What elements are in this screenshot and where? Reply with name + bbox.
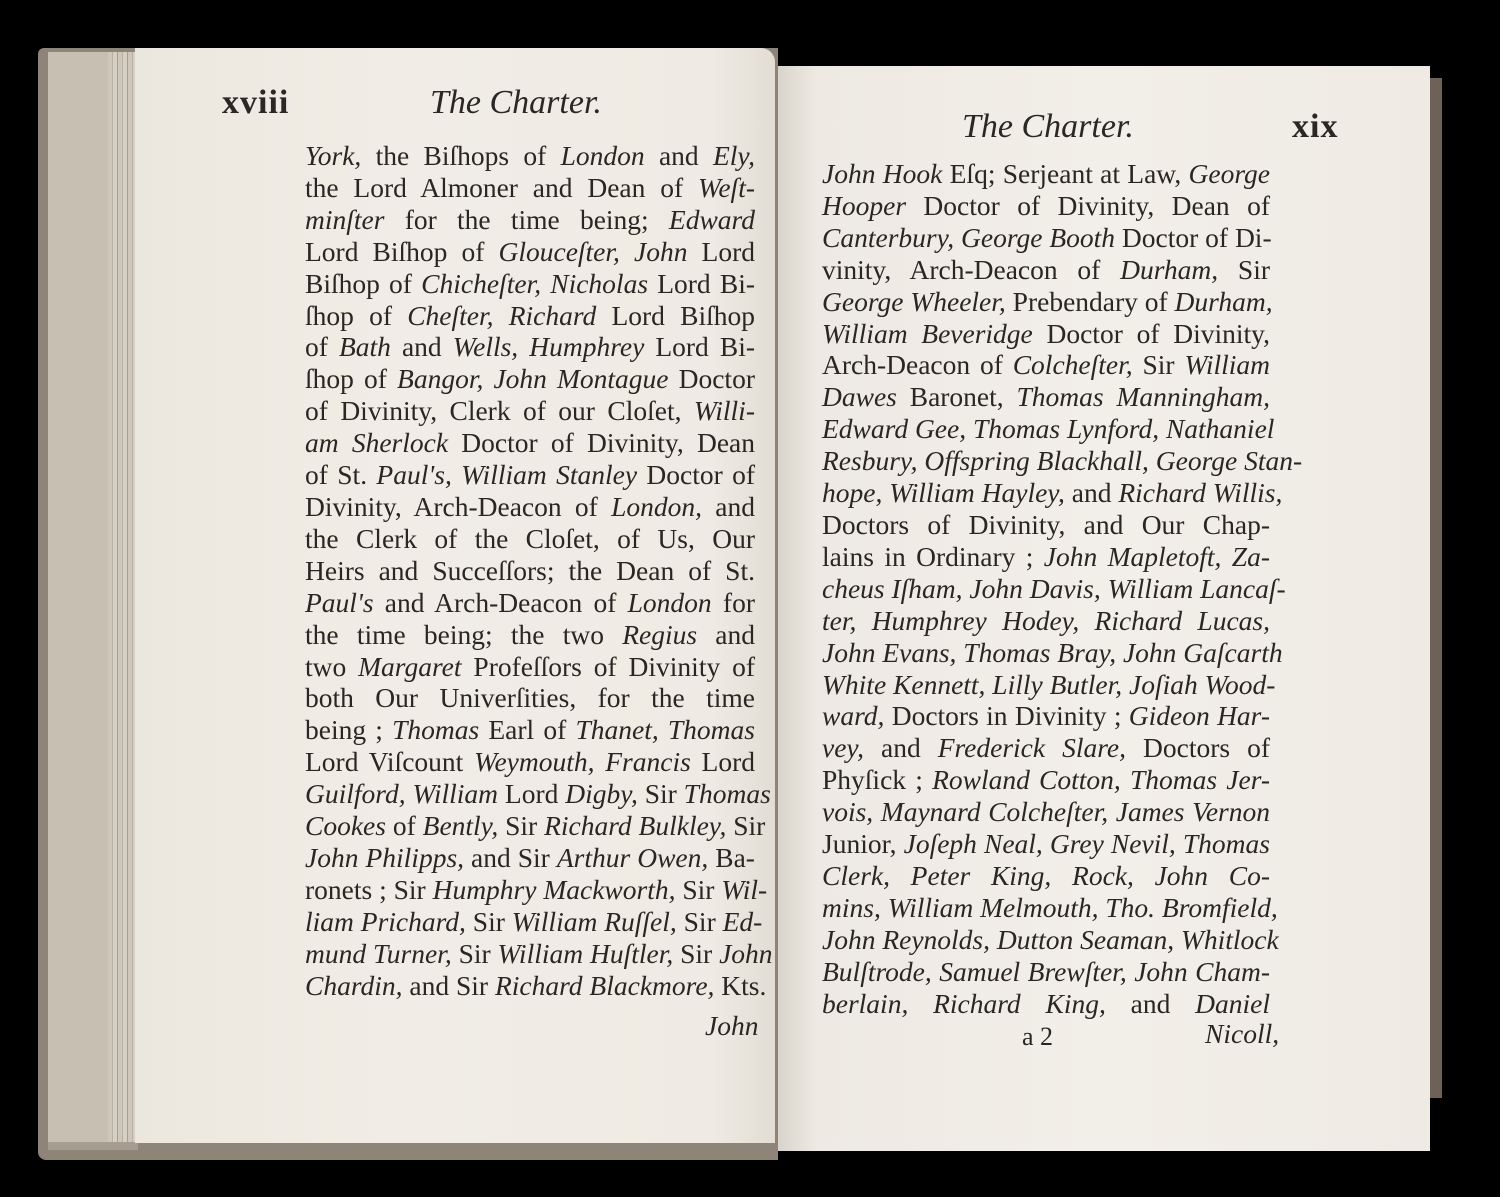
text-line: William Beveridge Doctor of Divinity, [822, 318, 1270, 350]
text-line: Phyſick ; Rowland Cotton, Thomas Jer- [822, 764, 1270, 796]
text-line: the time being; the two Regius and [305, 619, 755, 651]
text-line: John Reynolds, Dutton Seaman, Whitlock [822, 924, 1270, 956]
text-line: Edward Gee, Thomas Lynford, Nathaniel [822, 413, 1270, 445]
text-line: Arch-Deacon of Colcheſter, Sir William [822, 349, 1270, 381]
text-line: am Sherlock Doctor of Divinity, Dean [305, 427, 755, 459]
text-line: ronets ; Sir Humphry Mackworth, Sir Wil- [305, 874, 755, 906]
left-page-number: xviii [222, 84, 289, 122]
text-line: Paul's and Arch-Deacon of London for [305, 587, 755, 619]
text-line: Junior, Joſeph Neal, Grey Nevil, Thomas [822, 828, 1270, 860]
text-line: cheus Iſham, John Davis, William Lancaſ- [822, 573, 1270, 605]
text-line: White Kennett, Lilly Butler, Joſiah Wood… [822, 669, 1270, 701]
text-line: of Divinity, Clerk of our Cloſet, Willi- [305, 395, 755, 427]
text-line: the Lord Almoner and Dean of Weſt- [305, 172, 755, 204]
text-line: Divinity, Arch-Deacon of London, and [305, 491, 755, 523]
right-catchword: Nicoll, [1205, 1018, 1279, 1050]
text-line: ward, Doctors in Divinity ; Gideon Har- [822, 700, 1270, 732]
text-line: John Philipps, and Sir Arthur Owen, Ba- [305, 842, 755, 874]
text-line: minſter for the time being; Edward [305, 204, 755, 236]
right-running-head: The Charter. [962, 108, 1134, 146]
endpaper [48, 52, 108, 1142]
text-line: Lord Biſhop of Glouceſter, John Lord [305, 236, 755, 268]
text-line: George Wheeler, Prebendary of Durham, [822, 286, 1270, 318]
text-line: the Clerk of the Cloſet, of Us, Our [305, 523, 755, 555]
text-line: Doctors of Divinity, and Our Chap- [822, 509, 1270, 541]
text-line: vey, and Frederick Slare, Doctors of [822, 732, 1270, 764]
text-line: Biſhop of Chicheſter, Nicholas Lord Bi- [305, 268, 755, 300]
text-line: Hooper Doctor of Divinity, Dean of [822, 190, 1270, 222]
signature-mark: a 2 [1022, 1022, 1053, 1052]
text-line: John Evans, Thomas Bray, John Gaſcarth [822, 637, 1270, 669]
text-line: ter, Humphrey Hodey, Richard Lucas, [822, 605, 1270, 637]
text-line: mins, William Melmouth, Tho. Bromfield, [822, 892, 1270, 924]
text-line: Clerk, Peter King, Rock, John Co- [822, 860, 1270, 892]
text-line: Lord Viſcount Weymouth, Francis Lord [305, 746, 755, 778]
text-line: liam Prichard, Sir William Ruſſel, Sir E… [305, 906, 755, 938]
text-line: of St. Paul's, William Stanley Doctor of [305, 459, 755, 491]
text-line: Guilford, William Lord Digby, Sir Thomas [305, 778, 755, 810]
text-line: vois, Maynard Colcheſter, James Vernon [822, 796, 1270, 828]
text-line: Cookes of Bently, Sir Richard Bulkley, S… [305, 810, 755, 842]
text-line: Bulſtrode, Samuel Brewſter, John Cham- [822, 956, 1270, 988]
text-line: Canterbury, George Booth Doctor of Di- [822, 222, 1270, 254]
text-line: hope, William Hayley, and Richard Willis… [822, 477, 1270, 509]
text-line: Heirs and Succeſſors; the Dean of St. [305, 555, 755, 587]
page-edges-stack [48, 52, 138, 1150]
text-line: vinity, Arch-Deacon of Durham, Sir [822, 254, 1270, 286]
text-line: mund Turner, Sir William Huſtler, Sir Jo… [305, 938, 755, 970]
text-line: of Bath and Wells, Humphrey Lord Bi- [305, 331, 755, 363]
text-line: berlain, Richard King, and Daniel [822, 988, 1270, 1020]
text-line: Chardin, and Sir Richard Blackmore, Kts. [305, 970, 755, 1002]
text-line: both Our Univerſities, for the time [305, 682, 755, 714]
text-line: York, the Biſhops of London and Ely, [305, 140, 755, 172]
text-line: John Hook Eſq; Serjeant at Law, George [822, 158, 1270, 190]
left-catchword: John [705, 1010, 758, 1042]
text-line: Resbury, Offspring Blackhall, George Sta… [822, 445, 1270, 477]
text-line: lains in Ordinary ; John Mapletoft, Za- [822, 541, 1270, 573]
text-line: ſhop of Bangor, John Montague Doctor [305, 363, 755, 395]
text-line: ſhop of Cheſter, Richard Lord Biſhop [305, 300, 755, 332]
text-line: two Margaret Profeſſors of Divinity of [305, 651, 755, 683]
book-cover-right [1428, 78, 1442, 1098]
right-page-number: xix [1292, 108, 1338, 146]
left-running-head: The Charter. [430, 84, 602, 122]
right-body-text: John Hook Eſq; Serjeant at Law, GeorgeHo… [822, 158, 1270, 1019]
text-line: being ; Thomas Earl of Thanet, Thomas [305, 714, 755, 746]
text-line: Dawes Baronet, Thomas Manningham, [822, 381, 1270, 413]
left-body-text: York, the Biſhops of London and Ely,the … [305, 140, 755, 1001]
